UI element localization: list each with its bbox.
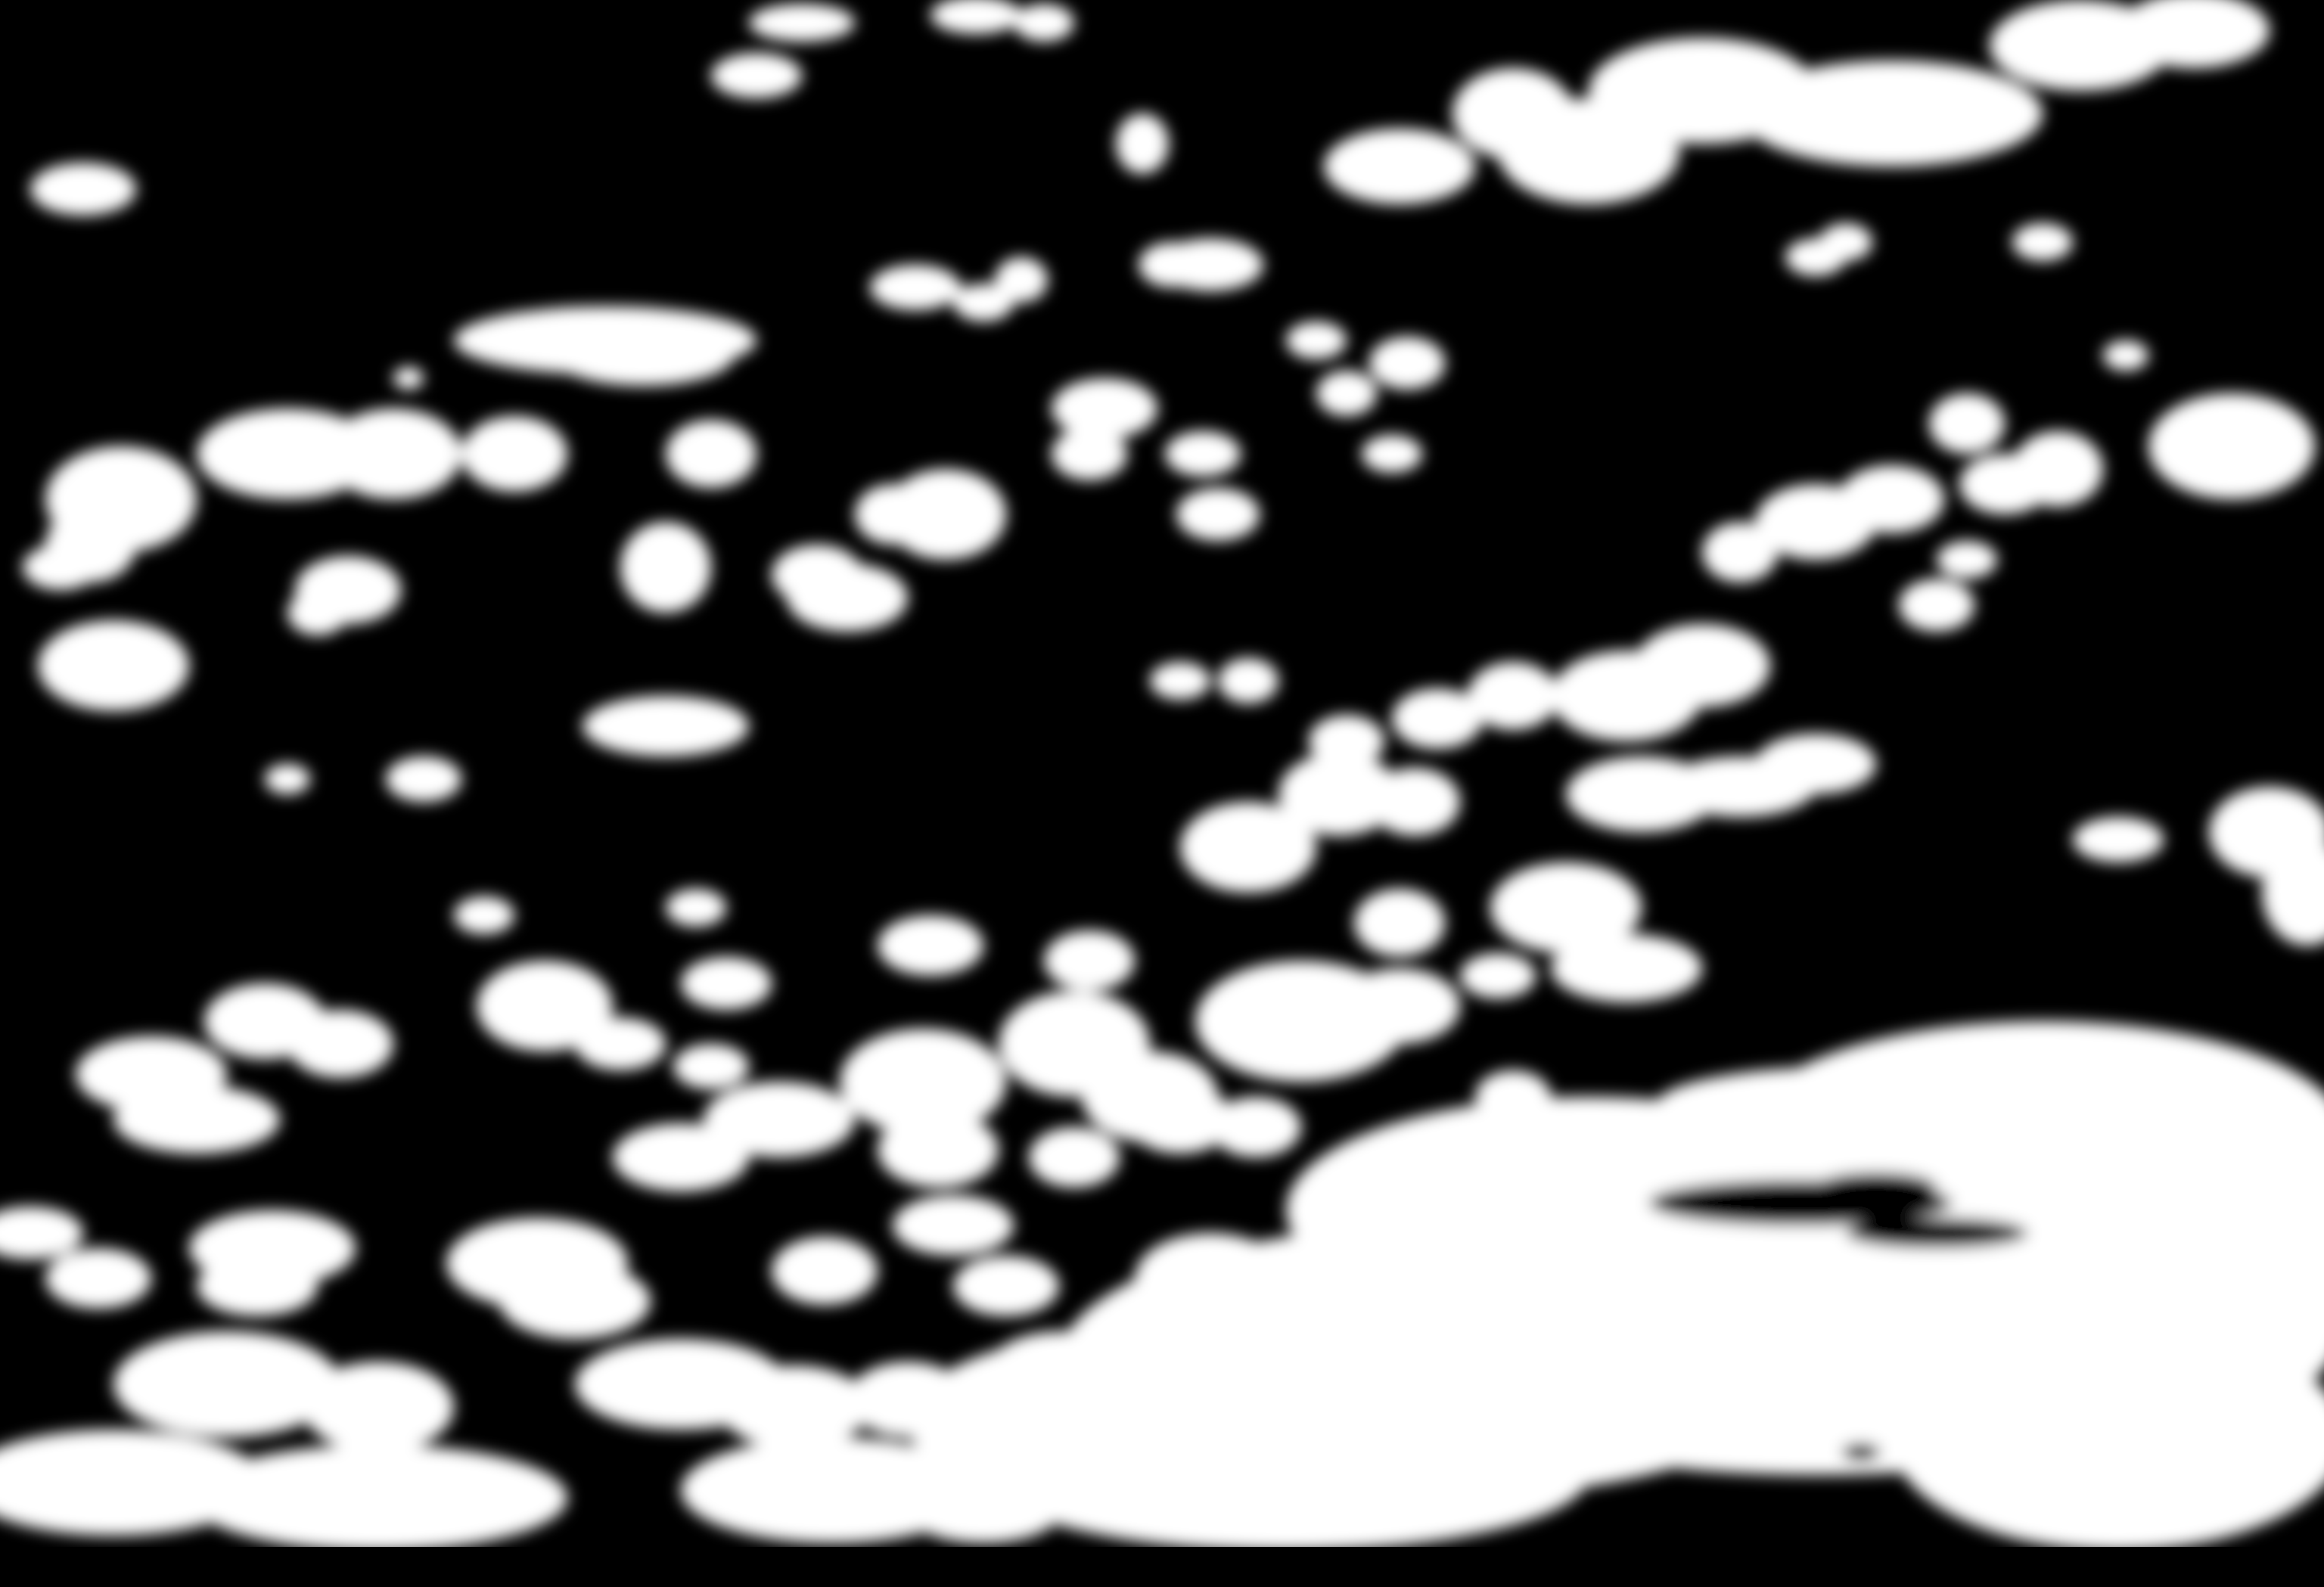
cloud-region (1354, 889, 1445, 957)
cloud-region (265, 764, 310, 794)
cloud-region (552, 325, 734, 386)
cloud-region (1362, 435, 1422, 473)
cloud-region (386, 756, 461, 802)
cloud-region (711, 53, 802, 98)
cloud-region (1324, 129, 1475, 204)
cloud-region (1150, 662, 1210, 700)
cloud-region (197, 1256, 318, 1316)
cloud-region (908, 1331, 1362, 1513)
cloud-region (1180, 802, 1316, 893)
cloud-region (2073, 817, 2164, 862)
cloud-region (287, 590, 348, 635)
cloud-region (855, 484, 931, 545)
clear-sky-gap (1816, 1172, 1937, 1203)
cloud-region (673, 1044, 749, 1089)
cloud-region (613, 1123, 749, 1191)
cloud-region (893, 1195, 1014, 1256)
cloud-region (1029, 1127, 1120, 1188)
cloud-region (1369, 337, 1445, 390)
cloud-region (870, 265, 961, 310)
cloud-region (1634, 624, 1770, 707)
cloud-region (325, 408, 461, 499)
cloud-region (1838, 465, 1944, 533)
cloud-region (1116, 113, 1169, 174)
cloud-region (878, 915, 983, 976)
clear-sky-gap (1842, 1443, 1880, 1461)
cloud-region (1460, 953, 1536, 998)
cloud-region (2103, 340, 2148, 371)
cloud-region (772, 1237, 878, 1305)
cloud-region (1755, 734, 1876, 794)
cloud-region (461, 416, 567, 492)
cloud-region (583, 696, 749, 756)
cloud-region (113, 1085, 280, 1154)
cloud-region (454, 896, 514, 934)
cloud-region (2148, 393, 2315, 499)
cloud-region (2012, 223, 2073, 261)
cloud-region (749, 4, 855, 42)
cloud-region (666, 420, 757, 488)
cloud-region (1286, 321, 1347, 359)
cloud-region (1369, 768, 1460, 836)
cloud-region (113, 1331, 340, 1437)
cloud-region (1316, 371, 1377, 416)
cloud-region (620, 522, 711, 613)
cloud-region (1014, 4, 1074, 42)
cloud-region (499, 1263, 651, 1339)
cloud-region (666, 889, 726, 927)
cloud-region (1210, 1097, 1301, 1157)
cloud-region (30, 163, 136, 216)
cloud-region (681, 957, 772, 1010)
cloud-region (719, 1365, 870, 1449)
cloud-region (1176, 488, 1260, 541)
cloud-region (1899, 579, 1974, 632)
cloud-region (45, 1248, 151, 1309)
cloud-region (575, 1017, 666, 1070)
cloud-region (1139, 242, 1207, 287)
cloud-region (393, 367, 424, 390)
cloud-region (1468, 662, 1558, 730)
cloud-region (23, 545, 98, 590)
cloud-region (1165, 431, 1241, 477)
cloud-region (189, 1445, 567, 1551)
cloud-mask-image (0, 0, 2324, 1587)
cloud-region (38, 620, 189, 711)
cloud-region (1218, 658, 1279, 703)
cloud-region (995, 257, 1048, 303)
cloud-region (1937, 541, 1997, 579)
cloud-region (2012, 431, 2103, 507)
cloud-region (303, 1362, 454, 1452)
cloud-region (1551, 934, 1702, 1002)
cloud-region (287, 1010, 393, 1078)
cloud-region (1339, 968, 1460, 1044)
cloud-region (1929, 393, 2005, 454)
cloud-region (1702, 522, 1778, 582)
cloud-region (1740, 61, 2043, 166)
cloud-region (1044, 930, 1135, 991)
cloud-region (787, 564, 908, 632)
cloud-region (1052, 427, 1127, 480)
cloud-region (953, 1256, 1059, 1316)
cloud-region (878, 1112, 999, 1188)
cloud-region (1819, 223, 1872, 261)
clear-sky-gap (1846, 1218, 2027, 1248)
